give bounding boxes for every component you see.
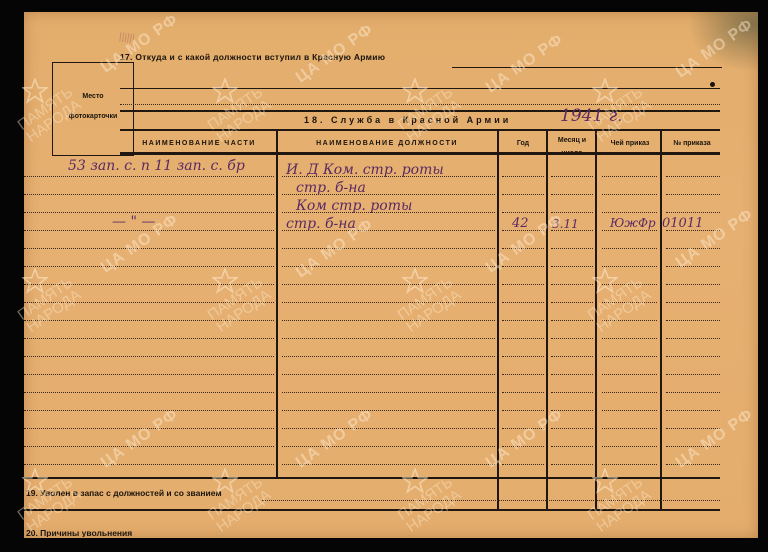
table-row-line xyxy=(282,392,495,393)
table-row-line xyxy=(502,464,544,465)
table-row-line xyxy=(602,248,657,249)
column-header-position: НАИМЕНОВАНИЕ ДОЛЖНОСТИ xyxy=(278,134,496,154)
row-2-position: стр. б-на xyxy=(296,180,366,196)
table-row-line xyxy=(24,176,274,177)
section-20-label-cut-off: 20. Причины увольнения xyxy=(26,528,132,537)
table-row-line xyxy=(551,428,593,429)
section-17-answer-line xyxy=(452,67,722,68)
table-row-line xyxy=(282,338,495,339)
table-row-line xyxy=(502,338,544,339)
table-row-line xyxy=(551,266,593,267)
watermark-star-icon xyxy=(212,78,238,104)
table-row-line xyxy=(602,356,657,357)
table-row-line xyxy=(502,212,544,213)
watermark-star-icon xyxy=(22,268,48,294)
column-divider-5 xyxy=(660,129,662,511)
table-row-line xyxy=(551,464,593,465)
table-row-line xyxy=(24,374,274,375)
table-row-line xyxy=(666,302,720,303)
section-19-bottom-rule xyxy=(24,509,720,511)
table-row-line xyxy=(24,464,274,465)
row-3-position: Ком стр. роты xyxy=(296,198,412,214)
table-row-line xyxy=(602,302,657,303)
table-row-line xyxy=(282,284,495,285)
table-row-line xyxy=(24,428,274,429)
table-row-line xyxy=(24,266,274,267)
watermark-star-icon xyxy=(402,268,428,294)
table-row-line xyxy=(502,356,544,357)
watermark-star-icon xyxy=(592,268,618,294)
table-row-line xyxy=(502,374,544,375)
table-row-line xyxy=(602,176,657,177)
table-row-line xyxy=(666,374,720,375)
table-row-line xyxy=(602,374,657,375)
table-row-line xyxy=(24,212,274,213)
table-row-line xyxy=(602,320,657,321)
table-row-line xyxy=(602,212,657,213)
table-row-line xyxy=(551,446,593,447)
ink-dot xyxy=(710,82,715,87)
table-row-line xyxy=(502,194,544,195)
table-row-line xyxy=(551,410,593,411)
table-row-line xyxy=(24,410,274,411)
watermark-star-icon xyxy=(592,78,618,104)
table-row-line xyxy=(282,374,495,375)
table-row-line xyxy=(666,446,720,447)
table-row-line xyxy=(24,320,274,321)
table-row-line xyxy=(551,194,593,195)
table-row-line xyxy=(666,428,720,429)
watermark-star-icon xyxy=(212,268,238,294)
table-row-line xyxy=(551,212,593,213)
table-row-line xyxy=(666,212,720,213)
photo-label-line2: фотокарточки xyxy=(53,113,133,120)
table-row-line xyxy=(551,248,593,249)
table-row-line xyxy=(502,410,544,411)
watermark-star-icon xyxy=(592,468,618,494)
table-row-line xyxy=(666,176,720,177)
table-row-line xyxy=(666,410,720,411)
table-row-line xyxy=(602,266,657,267)
table-row-line xyxy=(502,284,544,285)
table-row-line xyxy=(551,338,593,339)
table-row-line xyxy=(282,320,495,321)
table-row-line xyxy=(502,176,544,177)
table-row-line xyxy=(502,248,544,249)
table-row-line xyxy=(602,194,657,195)
table-row-line xyxy=(666,356,720,357)
section-19-label: 19. Уволен в запас с должностей и со зва… xyxy=(26,488,222,498)
row-4-month-day: 3.11 xyxy=(552,217,579,231)
watermark-star-icon xyxy=(402,468,428,494)
photo-label-line1: Место xyxy=(53,93,133,100)
table-row-line xyxy=(602,410,657,411)
table-row-line xyxy=(24,302,274,303)
row-4-position: стр. б-на xyxy=(286,216,356,232)
table-row-line xyxy=(502,302,544,303)
table-row-line xyxy=(602,428,657,429)
table-row-line xyxy=(24,194,274,195)
table-row-line xyxy=(551,320,593,321)
watermark-star-icon xyxy=(22,78,48,104)
table-row-line xyxy=(24,230,274,231)
table-row-line xyxy=(282,266,495,267)
table-row-line xyxy=(551,392,593,393)
section-18-top-rule xyxy=(120,110,720,112)
table-row-line xyxy=(24,338,274,339)
table-row-line xyxy=(666,392,720,393)
table-row-line xyxy=(502,446,544,447)
column-divider-2 xyxy=(497,129,499,511)
table-row-line xyxy=(282,356,495,357)
table-row-line xyxy=(24,392,274,393)
table-row-line xyxy=(282,446,495,447)
table-row-line xyxy=(666,464,720,465)
table-row-line xyxy=(551,176,593,177)
row-1-position: И. Д Ком. стр. роты xyxy=(286,162,444,178)
watermark-star-icon xyxy=(402,78,428,104)
table-row-line xyxy=(282,410,495,411)
column-header-year: Год xyxy=(500,134,546,154)
section-19-answer-line xyxy=(262,500,720,501)
table-row-line xyxy=(602,392,657,393)
row-4-order-number: 01011 xyxy=(662,216,703,231)
column-header-unit: НАИМЕНОВАНИЕ ЧАСТИ xyxy=(124,134,274,154)
row-4-order-by: ЮжФр xyxy=(610,216,656,230)
table-row-line xyxy=(602,230,657,231)
table-row-line xyxy=(24,356,274,357)
table-row-line xyxy=(666,266,720,267)
table-row-line xyxy=(282,248,495,249)
table-row-line xyxy=(666,320,720,321)
watermark-star-icon xyxy=(212,468,238,494)
column-divider-3 xyxy=(546,129,548,511)
section-18-label: 18. Служба в Красной Армии xyxy=(304,115,511,125)
table-row-line xyxy=(24,446,274,447)
watermark-star-icon xyxy=(22,468,48,494)
table-row-line xyxy=(282,464,495,465)
column-header-order-number: № приказа xyxy=(664,134,720,154)
table-row-line xyxy=(502,428,544,429)
table-row-line xyxy=(282,428,495,429)
table-row-line xyxy=(551,374,593,375)
column-divider-1 xyxy=(276,129,278,477)
table-row-line xyxy=(502,392,544,393)
table-row-line xyxy=(24,248,274,249)
section-18-year-handwritten: 1941 г. xyxy=(560,106,623,126)
table-row-line xyxy=(282,302,495,303)
photo-placeholder-box: Место фотокарточки xyxy=(52,62,134,156)
row-1-unit: 53 зап. с. п 11 зап. с. бр xyxy=(68,158,245,174)
table-row-line xyxy=(502,266,544,267)
table-row-line xyxy=(502,320,544,321)
table-row-line xyxy=(666,194,720,195)
table-row-line xyxy=(551,356,593,357)
faded-stamp-mark: |||||| xyxy=(118,31,159,46)
section-17-line-3 xyxy=(120,104,720,105)
table-row-line xyxy=(551,302,593,303)
table-row-line xyxy=(666,248,720,249)
row-4-unit-ditto: — " — xyxy=(112,214,155,230)
column-divider-4 xyxy=(595,129,597,511)
table-row-line xyxy=(602,446,657,447)
column-header-order-by: Чей приказ xyxy=(598,134,662,154)
table-row-line xyxy=(666,284,720,285)
table-row-line xyxy=(602,338,657,339)
table-row-line xyxy=(666,338,720,339)
table-row-line xyxy=(551,284,593,285)
table-header-bottom-rule xyxy=(120,152,720,155)
table-header-top-rule xyxy=(120,129,720,131)
row-4-year: 42 xyxy=(512,216,529,231)
section-17-label: 17. Откуда и с какой должности вступил в… xyxy=(120,52,385,62)
service-record-card: Место фотокарточки |||||| 17. Откуда и с… xyxy=(24,12,758,538)
table-row-line xyxy=(602,464,657,465)
